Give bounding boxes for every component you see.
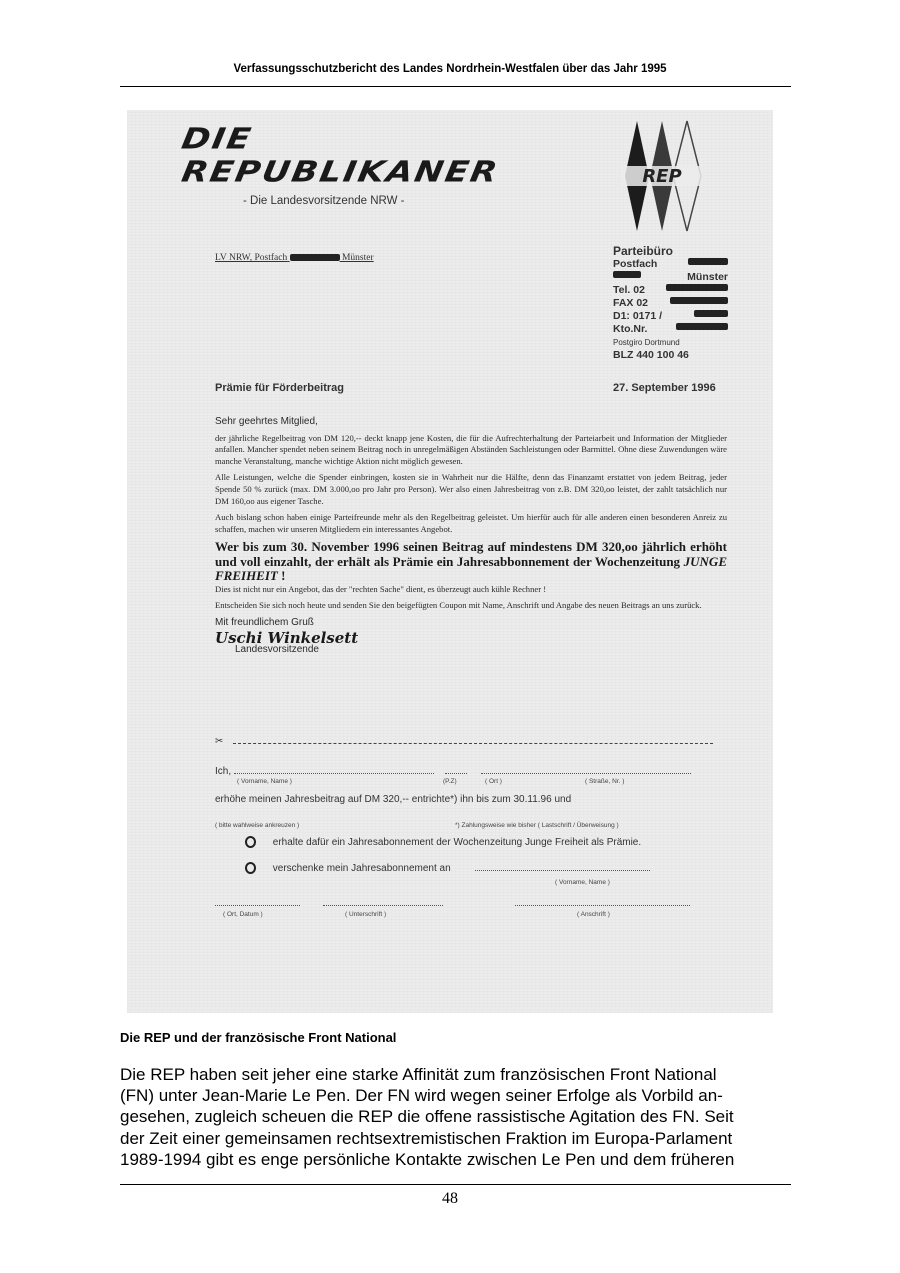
letterhead-subtitle: - Die Landesvorsitzende NRW - — [243, 195, 405, 207]
radio-premium[interactable] — [245, 836, 256, 848]
body-line: (FN) unter Jean-Marie Le Pen. Der FN wir… — [120, 1085, 788, 1106]
letter-body: Sehr geehrtes Mitglied, der jährliche Re… — [215, 416, 727, 656]
logo-republikaner: REPUBLIKANER — [179, 155, 502, 189]
plz-field[interactable] — [445, 765, 467, 774]
salutation: Sehr geehrtes Mitglied, — [215, 416, 727, 428]
rep-emblem-icon: REP — [617, 116, 707, 236]
gift-recipient-field[interactable] — [475, 862, 650, 871]
cut-line: ✂ — [215, 736, 720, 747]
increase-line: erhöhe meinen Jahresbeitrag auf DM 320,-… — [215, 794, 571, 805]
party-office-block: Parteibüro Postfach Münster Tel. 02 FAX … — [613, 245, 728, 362]
scanned-letter: DIE REPUBLIKANER - Die Landesvorsitzende… — [127, 110, 773, 1013]
paragraph: der jährliche Regelbeitrag von DM 120,--… — [215, 433, 727, 468]
sender-address-line: LV NRW, Postfach Münster — [215, 253, 374, 263]
scissors-icon: ✂ — [215, 736, 223, 747]
closing: Mit freundlichem Gruß — [215, 617, 727, 629]
address-sign-field[interactable] — [515, 897, 690, 906]
letter-subject: Prämie für Förderbeitrag — [215, 382, 344, 394]
svg-text:REP: REP — [642, 166, 681, 187]
paragraph: Dies ist nicht nur ein Angebot, das der … — [215, 584, 727, 596]
body-line: Die REP haben seit jeher eine starke Aff… — [120, 1064, 788, 1085]
redacted-block — [676, 323, 728, 330]
redacted-block — [613, 271, 641, 278]
name-field[interactable] — [234, 765, 434, 774]
option-gift[interactable]: verschenke mein Jahresabonnement an — [245, 862, 650, 874]
header-rule — [120, 86, 791, 87]
section-heading: Die REP und der französische Front Natio… — [120, 1030, 396, 1045]
signature: Uschi Winkelsett — [215, 633, 727, 645]
running-header: Verfassungsschutzbericht des Landes Nord… — [0, 63, 900, 75]
logo-die: DIE — [179, 122, 255, 156]
footer-rule — [120, 1184, 791, 1185]
signature-field[interactable] — [323, 897, 443, 906]
paragraph: Auch bislang schon haben einige Parteifr… — [215, 512, 727, 535]
body-line: der Zeit einer gemeinsamen rechtsextremi… — [120, 1128, 788, 1149]
place-date-field[interactable] — [215, 897, 300, 906]
redacted-block — [694, 310, 728, 317]
redacted-block — [688, 258, 728, 265]
radio-gift[interactable] — [245, 862, 256, 874]
body-text: Die REP haben seit jeher eine starke Aff… — [120, 1064, 788, 1170]
redacted-block — [290, 254, 340, 261]
address-field[interactable] — [481, 765, 691, 774]
option-premium[interactable]: erhalte dafür ein Jahresabonnement der W… — [245, 836, 641, 848]
paragraph: Entscheiden Sie sich noch heute und send… — [215, 600, 727, 612]
redacted-block — [670, 297, 728, 304]
body-line: 1989-1994 gibt es enge persönliche Konta… — [120, 1149, 788, 1170]
paragraph: Alle Leistungen, welche die Spender einb… — [215, 472, 727, 507]
redacted-block — [666, 284, 728, 291]
letter-date: 27. September 1996 — [613, 382, 716, 394]
body-line: gesehen, zugleich scheuen die REP die of… — [120, 1106, 788, 1127]
signature-title: Landesvorsitzende — [235, 644, 727, 656]
offer-text: Wer bis zum 30. November 1996 seinen Bei… — [215, 540, 727, 584]
page-number: 48 — [0, 1190, 900, 1208]
